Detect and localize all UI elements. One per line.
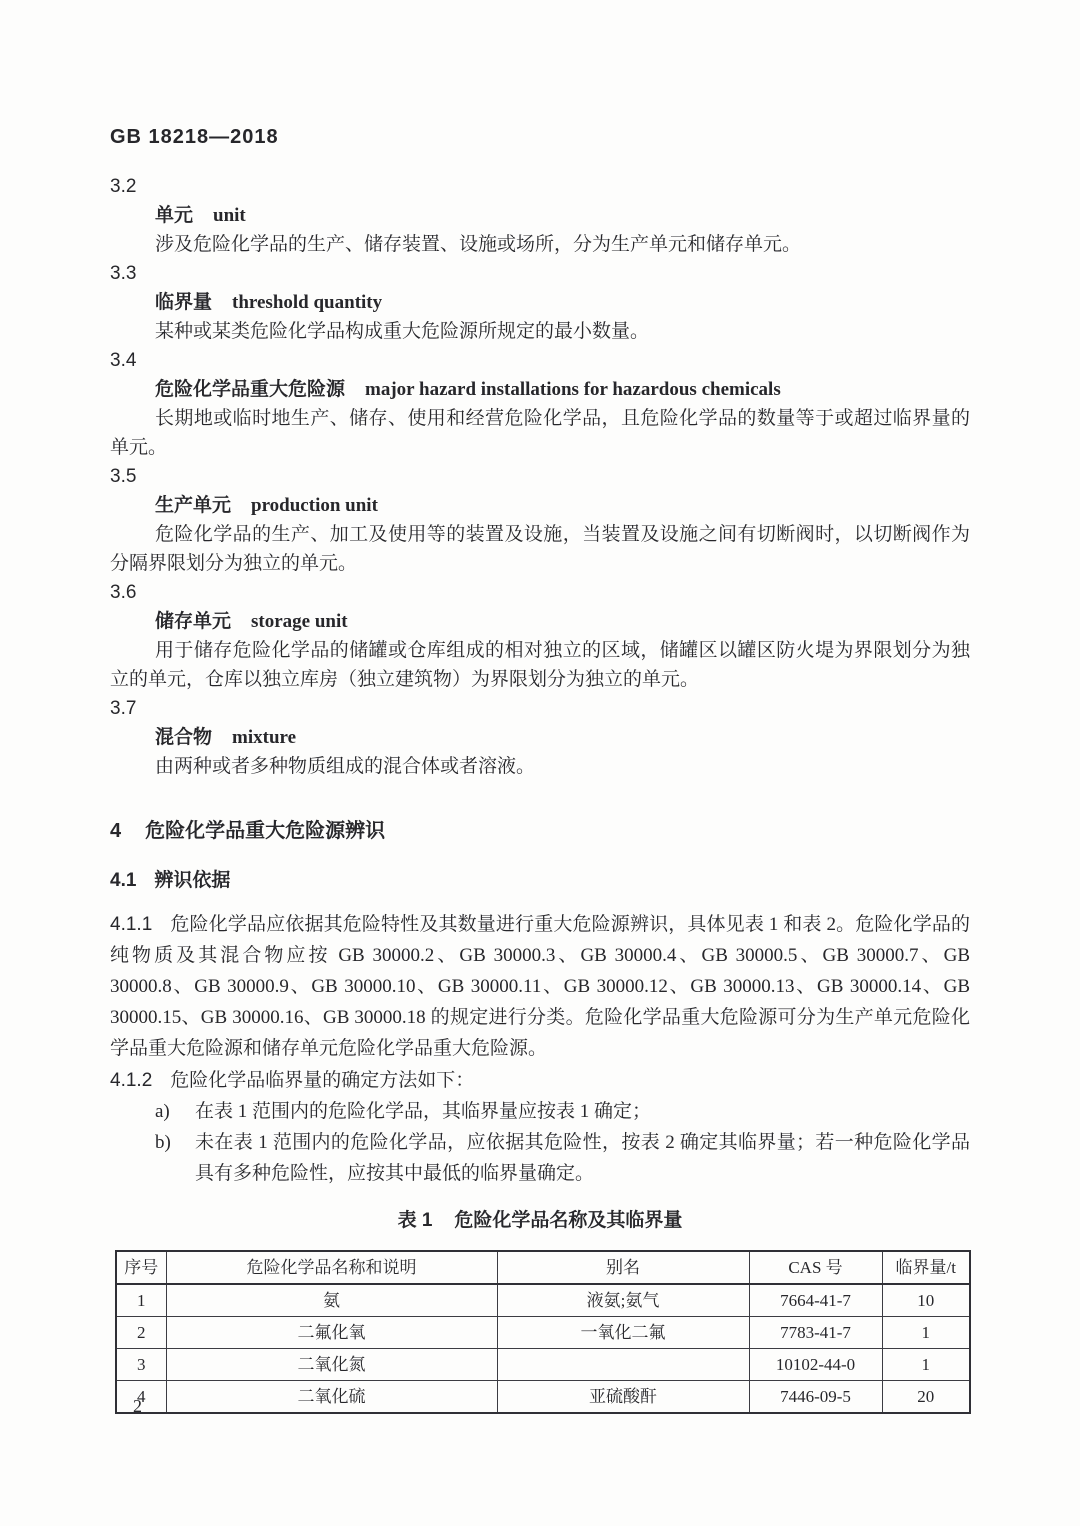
paragraph-label: 4.1.1	[110, 914, 152, 935]
term-title: 临界量threshold quantity	[110, 288, 970, 317]
page-number: 2	[133, 1396, 142, 1417]
section-title: 危险化学品重大危险源辨识	[145, 820, 385, 842]
cell-name: 二氟化氧	[166, 1317, 497, 1349]
paragraph-4-1-1: 4.1.1危险化学品应依据其危险特性及其数量进行重大危险源辨识，具体见表 1 和…	[110, 909, 970, 1064]
term-title: 单元unit	[110, 201, 970, 230]
cell-qty: 10	[882, 1284, 970, 1317]
paragraph-4-1-2: 4.1.2危险化学品临界量的确定方法如下：	[110, 1066, 970, 1096]
term-zh: 单元	[155, 205, 193, 226]
subsection-heading: 4.1辨识依据	[110, 866, 970, 895]
term-zh: 临界量	[155, 292, 212, 313]
paragraph-text: 危险化学品应依据其危险特性及其数量进行重大危险源辨识，具体见表 1 和表 2。危…	[110, 914, 970, 1059]
term-definition: 长期地或临时地生产、储存、使用和经营危险化学品，且危险化学品的数量等于或超过临界…	[110, 404, 970, 462]
term-title: 储存单元storage unit	[110, 607, 970, 636]
header-qty: 临界量/t	[882, 1251, 970, 1284]
cell-alias: 液氨;氨气	[497, 1284, 749, 1317]
term-block-3-7: 3.7 混合物mixture 由两种或者多种物质组成的混合体或者溶液。	[110, 694, 970, 781]
term-block-3-6: 3.6 储存单元storage unit 用于储存危险化学品的储罐或仓库组成的相…	[110, 578, 970, 694]
term-en: storage unit	[251, 611, 348, 632]
term-block-3-2: 3.2 单元unit 涉及危险化学品的生产、储存装置、设施或场所，分为生产单元和…	[110, 172, 970, 259]
clause-number: 3.6	[110, 578, 970, 607]
cell-seq: 2	[116, 1317, 166, 1349]
section-heading: 4危险化学品重大危险源辨识	[110, 817, 970, 846]
clause-number: 3.5	[110, 462, 970, 491]
term-en: production unit	[251, 495, 378, 516]
cell-cas: 7664-41-7	[749, 1284, 882, 1317]
cell-cas: 10102-44-0	[749, 1349, 882, 1381]
table-header-row: 序号 危险化学品名称和说明 别名 CAS 号 临界量/t	[116, 1251, 970, 1284]
term-definition: 危险化学品的生产、加工及使用等的装置及设施，当装置及设施之间有切断阀时，以切断阀…	[110, 520, 970, 578]
term-zh: 危险化学品重大危险源	[155, 379, 345, 400]
cell-qty: 1	[882, 1317, 970, 1349]
clause-number: 3.3	[110, 259, 970, 288]
document-page: GB 18218—2018 3.2 单元unit 涉及危险化学品的生产、储存装置…	[0, 0, 1080, 1526]
term-en: mixture	[232, 727, 296, 748]
cell-name: 氨	[166, 1284, 497, 1317]
cell-name: 二氧化氮	[166, 1349, 497, 1381]
term-zh: 储存单元	[155, 611, 231, 632]
subsection-title: 辨识依据	[154, 870, 230, 891]
clause-number: 3.2	[110, 172, 970, 201]
cell-seq: 1	[116, 1284, 166, 1317]
term-en: unit	[213, 205, 246, 226]
table-title-label: 表 1	[398, 1210, 433, 1231]
subsection-number: 4.1	[110, 870, 136, 891]
term-definition: 某种或某类危险化学品构成重大危险源所规定的最小数量。	[110, 317, 970, 346]
cell-name: 二氧化硫	[166, 1381, 497, 1414]
ordered-list: a) 在表 1 范围内的危险化学品，其临界量应按表 1 确定； b) 未在表 1…	[110, 1096, 970, 1189]
section-number: 4	[110, 820, 121, 842]
table-title-text: 危险化学品名称及其临界量	[454, 1210, 682, 1231]
header-cas: CAS 号	[749, 1251, 882, 1284]
term-block-3-3: 3.3 临界量threshold quantity 某种或某类危险化学品构成重大…	[110, 259, 970, 346]
table-row: 2 二氟化氧 一氧化二氟 7783-41-7 1	[116, 1317, 970, 1349]
term-block-3-4: 3.4 危险化学品重大危险源major hazard installations…	[110, 346, 970, 462]
standard-number: GB 18218—2018	[110, 126, 279, 149]
term-zh: 混合物	[155, 727, 212, 748]
table-row: 3 二氧化氮 10102-44-0 1	[116, 1349, 970, 1381]
cell-qty: 20	[882, 1381, 970, 1414]
term-title: 混合物mixture	[110, 723, 970, 752]
cell-alias: 一氧化二氟	[497, 1317, 749, 1349]
page-content: 3.2 单元unit 涉及危险化学品的生产、储存装置、设施或场所，分为生产单元和…	[110, 172, 970, 1414]
list-item-text: 未在表 1 范围内的危险化学品，应依据其危险性，按表 2 确定其临界量；若一种危…	[195, 1127, 970, 1189]
table-title: 表 1危险化学品名称及其临界量	[110, 1206, 970, 1235]
clause-number: 3.7	[110, 694, 970, 723]
list-item-text: 在表 1 范围内的危险化学品，其临界量应按表 1 确定；	[195, 1096, 651, 1127]
term-title: 生产单元production unit	[110, 491, 970, 520]
term-title: 危险化学品重大危险源major hazard installations for…	[110, 375, 970, 404]
list-item-label: b)	[155, 1127, 195, 1189]
cell-alias: 亚硫酸酐	[497, 1381, 749, 1414]
clause-number: 3.4	[110, 346, 970, 375]
term-definition: 用于储存危险化学品的储罐或仓库组成的相对独立的区域，储罐区以罐区防火堤为界限划分…	[110, 636, 970, 694]
table-row: 4 二氧化硫 亚硫酸酐 7446-09-5 20	[116, 1381, 970, 1414]
cell-qty: 1	[882, 1349, 970, 1381]
cell-cas: 7446-09-5	[749, 1381, 882, 1414]
table-row: 1 氨 液氨;氨气 7664-41-7 10	[116, 1284, 970, 1317]
list-item-a: a) 在表 1 范围内的危险化学品，其临界量应按表 1 确定；	[110, 1096, 970, 1127]
cell-cas: 7783-41-7	[749, 1317, 882, 1349]
header-name: 危险化学品名称和说明	[166, 1251, 497, 1284]
cell-seq: 3	[116, 1349, 166, 1381]
header-seq: 序号	[116, 1251, 166, 1284]
term-definition: 由两种或者多种物质组成的混合体或者溶液。	[110, 752, 970, 781]
list-item-label: a)	[155, 1096, 195, 1127]
term-zh: 生产单元	[155, 495, 231, 516]
term-definition: 涉及危险化学品的生产、储存装置、设施或场所，分为生产单元和储存单元。	[110, 230, 970, 259]
cell-alias	[497, 1349, 749, 1381]
term-en: major hazard installations for hazardous…	[365, 379, 781, 400]
header-alias: 别名	[497, 1251, 749, 1284]
term-block-3-5: 3.5 生产单元production unit 危险化学品的生产、加工及使用等的…	[110, 462, 970, 578]
paragraph-text: 危险化学品临界量的确定方法如下：	[170, 1070, 474, 1091]
list-item-b: b) 未在表 1 范围内的危险化学品，应依据其危险性，按表 2 确定其临界量；若…	[110, 1127, 970, 1189]
paragraph-label: 4.1.2	[110, 1070, 152, 1091]
term-en: threshold quantity	[232, 292, 382, 313]
chemicals-table: 序号 危险化学品名称和说明 别名 CAS 号 临界量/t 1 氨 液氨;氨气 7…	[115, 1250, 971, 1414]
